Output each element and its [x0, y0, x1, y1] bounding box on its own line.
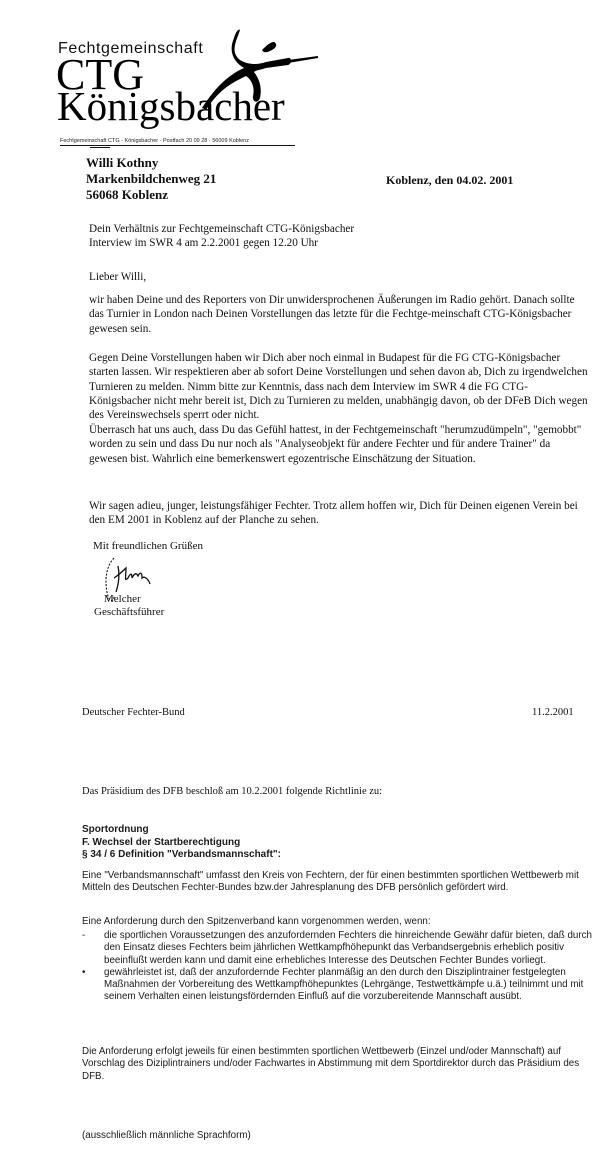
list-item: - die sportlichen Voraussetzungen des an…	[82, 930, 592, 967]
dash-bullet-icon: -	[82, 930, 104, 967]
sender-return-address: Fechtgemeinschaft CTG - Königsbacher · P…	[60, 138, 295, 146]
list-item: • gewährleistet ist, daß der anzufordern…	[82, 967, 592, 1004]
recipient-address: Willi Kothny Markenbildchenweg 21 56068 …	[86, 155, 216, 203]
rule-section-heading: Sportordnung F. Wechsel der Startberecht…	[82, 824, 281, 862]
sender-return-address-text: Fechtgemeinschaft CTG - Königsbacher · P…	[60, 138, 249, 144]
conditions-list: - die sportlichen Voraussetzungen des an…	[82, 930, 592, 1004]
subject-line-1: Dein Verhältnis zur Fechtgemeinschaft CT…	[89, 222, 589, 236]
condition-text: gewährleistet ist, daß der anzufordernde…	[104, 967, 592, 1004]
subject-line-2: Interview im SWR 4 am 2.2.2001 gegen 12.…	[89, 236, 589, 250]
footnote: (ausschließlich männliche Sprachform)	[82, 1130, 251, 1141]
rule-section-line-3: § 34 / 6 Definition "Verbandsmannschaft"…	[82, 849, 281, 862]
dfb-intro: Das Präsidium des DFB beschloß am 10.2.2…	[82, 786, 382, 797]
closing: Mit freundlichen Grüßen	[93, 540, 203, 552]
fencer-icon	[200, 22, 320, 112]
dfb-date: 11.2.2001	[532, 707, 574, 718]
definition-paragraph: Eine "Verbandsmannschaft" umfasst den Kr…	[82, 870, 582, 895]
request-intro: Eine Anforderung durch den Spitzenverban…	[82, 916, 582, 928]
recipient-street: Markenbildchenweg 21	[86, 171, 216, 187]
paragraph-2: Gegen Deine Vorstellungen haben wir Dich…	[89, 351, 589, 422]
paragraph-3: Überrasch hat uns auch, dass Du das Gefü…	[89, 423, 589, 466]
dot-bullet-icon: •	[82, 967, 104, 1004]
subject: Dein Verhältnis zur Fechtgemeinschaft CT…	[89, 222, 589, 251]
procedure-paragraph: Die Anforderung erfolgt jeweils für eine…	[82, 1046, 582, 1083]
rule-section-line-2: F. Wechsel der Startberechtigung	[82, 837, 281, 850]
paragraph-1: wir haben Deine und des Reporters von Di…	[89, 293, 589, 336]
letter-date: Koblenz, den 04.02. 2001	[386, 173, 513, 188]
rule-section-line-1: Sportordnung	[82, 824, 281, 837]
recipient-city: 56068 Koblenz	[86, 187, 216, 203]
recipient-name: Willi Kothny	[86, 155, 216, 171]
signer-title: Geschäftsführer	[94, 606, 164, 618]
dfb-organization: Deutscher Fechter-Bund	[82, 707, 185, 718]
paragraph-4: Wir sagen adieu, junger, leistungsfähige…	[89, 499, 589, 528]
signer-name: Melcher	[104, 593, 141, 605]
greeting: Lieber Willi,	[89, 270, 589, 284]
divider	[90, 147, 110, 148]
condition-text: die sportlichen Voraussetzungen des anzu…	[104, 930, 592, 967]
